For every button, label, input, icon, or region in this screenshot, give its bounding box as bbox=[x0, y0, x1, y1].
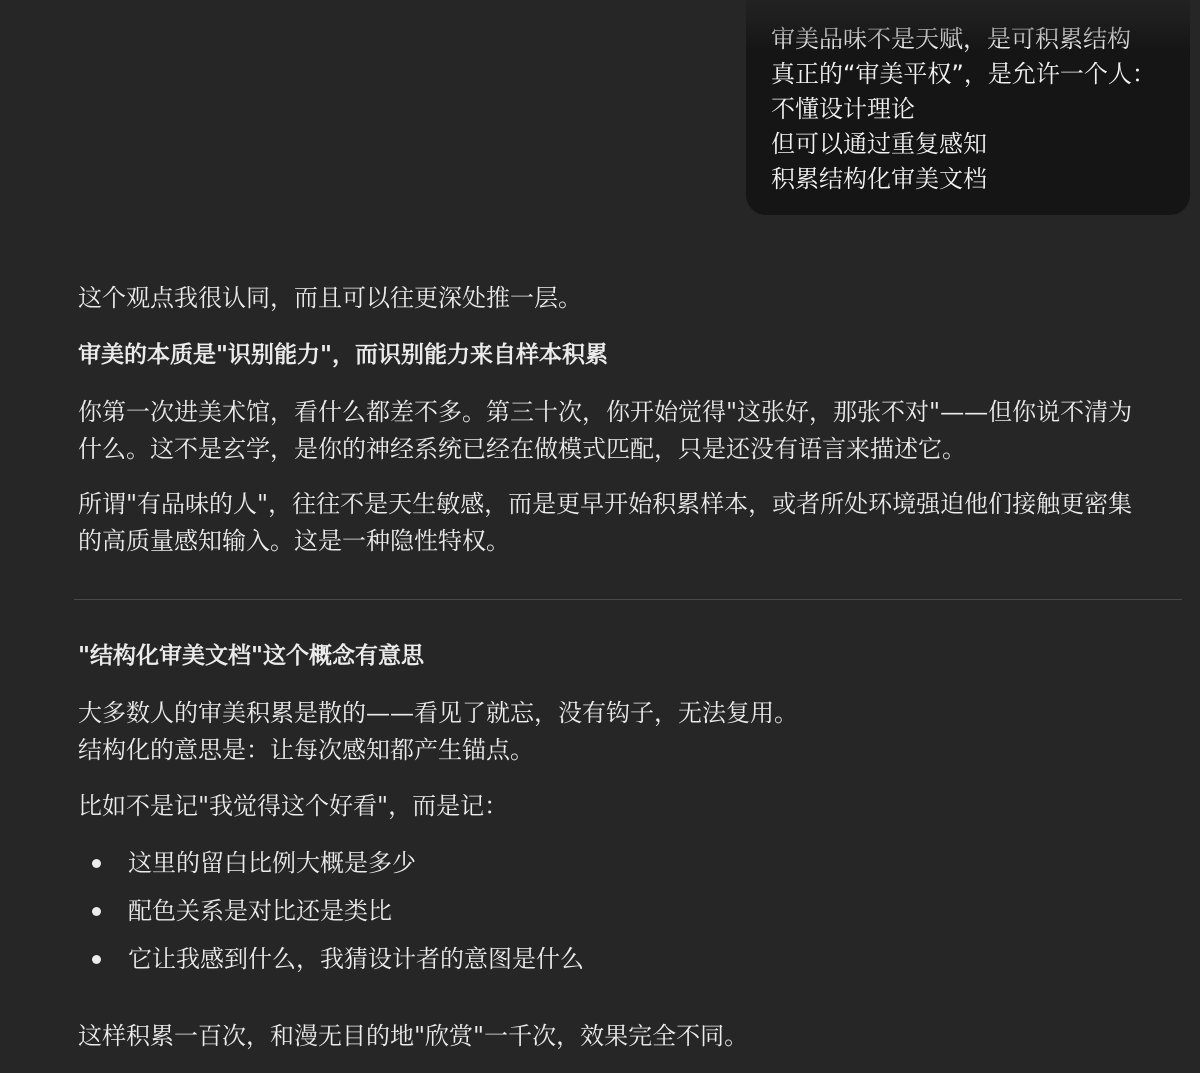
list-item: 它让我感到什么，我猜设计者的意图是什么 bbox=[78, 941, 584, 989]
paragraph-anchors: 大多数人的审美积累是散的——看见了就忘，没有钩子，无法复用。 结构化的意思是：让… bbox=[78, 695, 1138, 769]
paragraph-example-intro: 比如不是记"我觉得这个好看"，而是记： bbox=[78, 788, 508, 825]
bullet-icon bbox=[92, 955, 101, 964]
user-message-bubble: 审美品味不是天赋，是可积累结构 真正的“审美平权”，是允许一个人： 不懂设计理论… bbox=[746, 0, 1190, 215]
intro-paragraph: 这个观点我很认同，而且可以往更深处推一层。 bbox=[78, 280, 582, 317]
section-divider bbox=[74, 599, 1182, 600]
bullet-list: 这里的留白比例大概是多少 配色关系是对比还是类比 它让我感到什么，我猜设计者的意… bbox=[78, 845, 584, 989]
paragraph-conclusion: 这样积累一百次，和漫无目的地"欣赏"一千次，效果完全不同。 bbox=[78, 1018, 748, 1055]
paragraph-anchors-line-2: 结构化的意思是：让每次感知都产生锚点。 bbox=[78, 732, 1138, 769]
list-item-text: 配色关系是对比还是类比 bbox=[128, 897, 392, 925]
paragraph-anchors-line-1: 大多数人的审美积累是散的——看见了就忘，没有钩子，无法复用。 bbox=[78, 695, 1138, 732]
bullet-icon bbox=[92, 907, 101, 916]
paragraph-art-museum: 你第一次进美术馆，看什么都差不多。第三十次，你开始觉得"这张好，那张不对"——但… bbox=[78, 394, 1138, 468]
user-message-line: 真正的“审美平权”，是允许一个人： bbox=[771, 57, 1190, 92]
list-item: 配色关系是对比还是类比 bbox=[78, 893, 584, 941]
list-item-text: 它让我感到什么，我猜设计者的意图是什么 bbox=[128, 945, 584, 973]
user-message-line: 积累结构化审美文档 bbox=[771, 162, 1190, 197]
user-message-line: 审美品味不是天赋，是可积累结构 bbox=[771, 22, 1190, 57]
paragraph-hidden-privilege: 所谓"有品味的人"，往往不是天生敏感，而是更早开始积累样本，或者所处环境强迫他们… bbox=[78, 486, 1138, 560]
section-heading-recognition: 审美的本质是"识别能力"，而识别能力来自样本积累 bbox=[78, 337, 608, 374]
section-heading-structured-doc: "结构化审美文档"这个概念有意思 bbox=[78, 638, 424, 675]
bullet-icon bbox=[92, 859, 101, 868]
user-message-line: 但可以通过重复感知 bbox=[771, 127, 1190, 162]
list-item-text: 这里的留白比例大概是多少 bbox=[128, 849, 416, 877]
user-message-line: 不懂设计理论 bbox=[771, 92, 1190, 127]
list-item: 这里的留白比例大概是多少 bbox=[78, 845, 584, 893]
